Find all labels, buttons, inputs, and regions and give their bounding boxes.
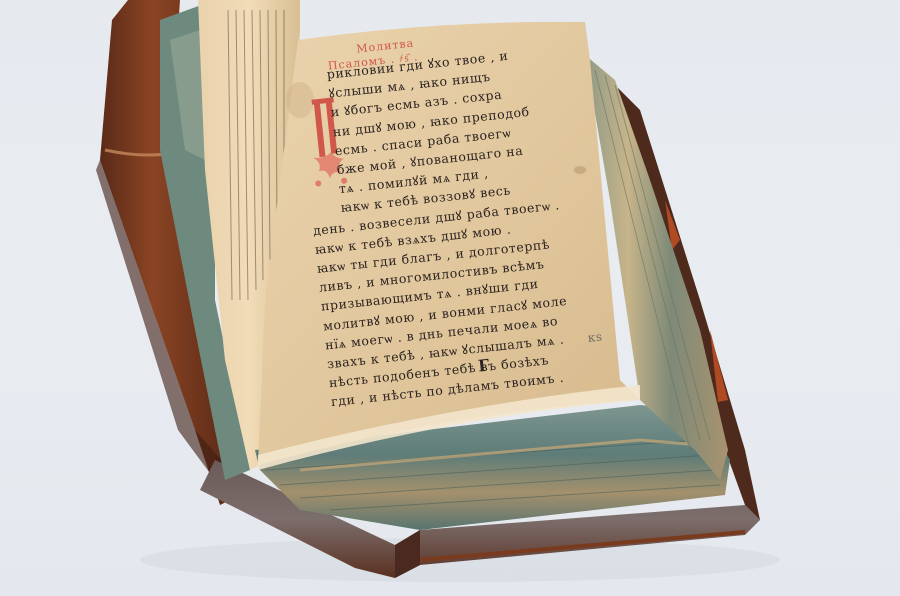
photo-scene: Молитва Псаломъ . ҂ѕ҃ . рикловии гди ꙋхо… (0, 0, 900, 596)
signature-mark: Г (477, 355, 491, 375)
right-page-text: Молитва Псаломъ . ҂ѕ҃ . рикловии гди ꙋхо… (296, 38, 621, 412)
folio-number: кѕ (587, 327, 604, 348)
